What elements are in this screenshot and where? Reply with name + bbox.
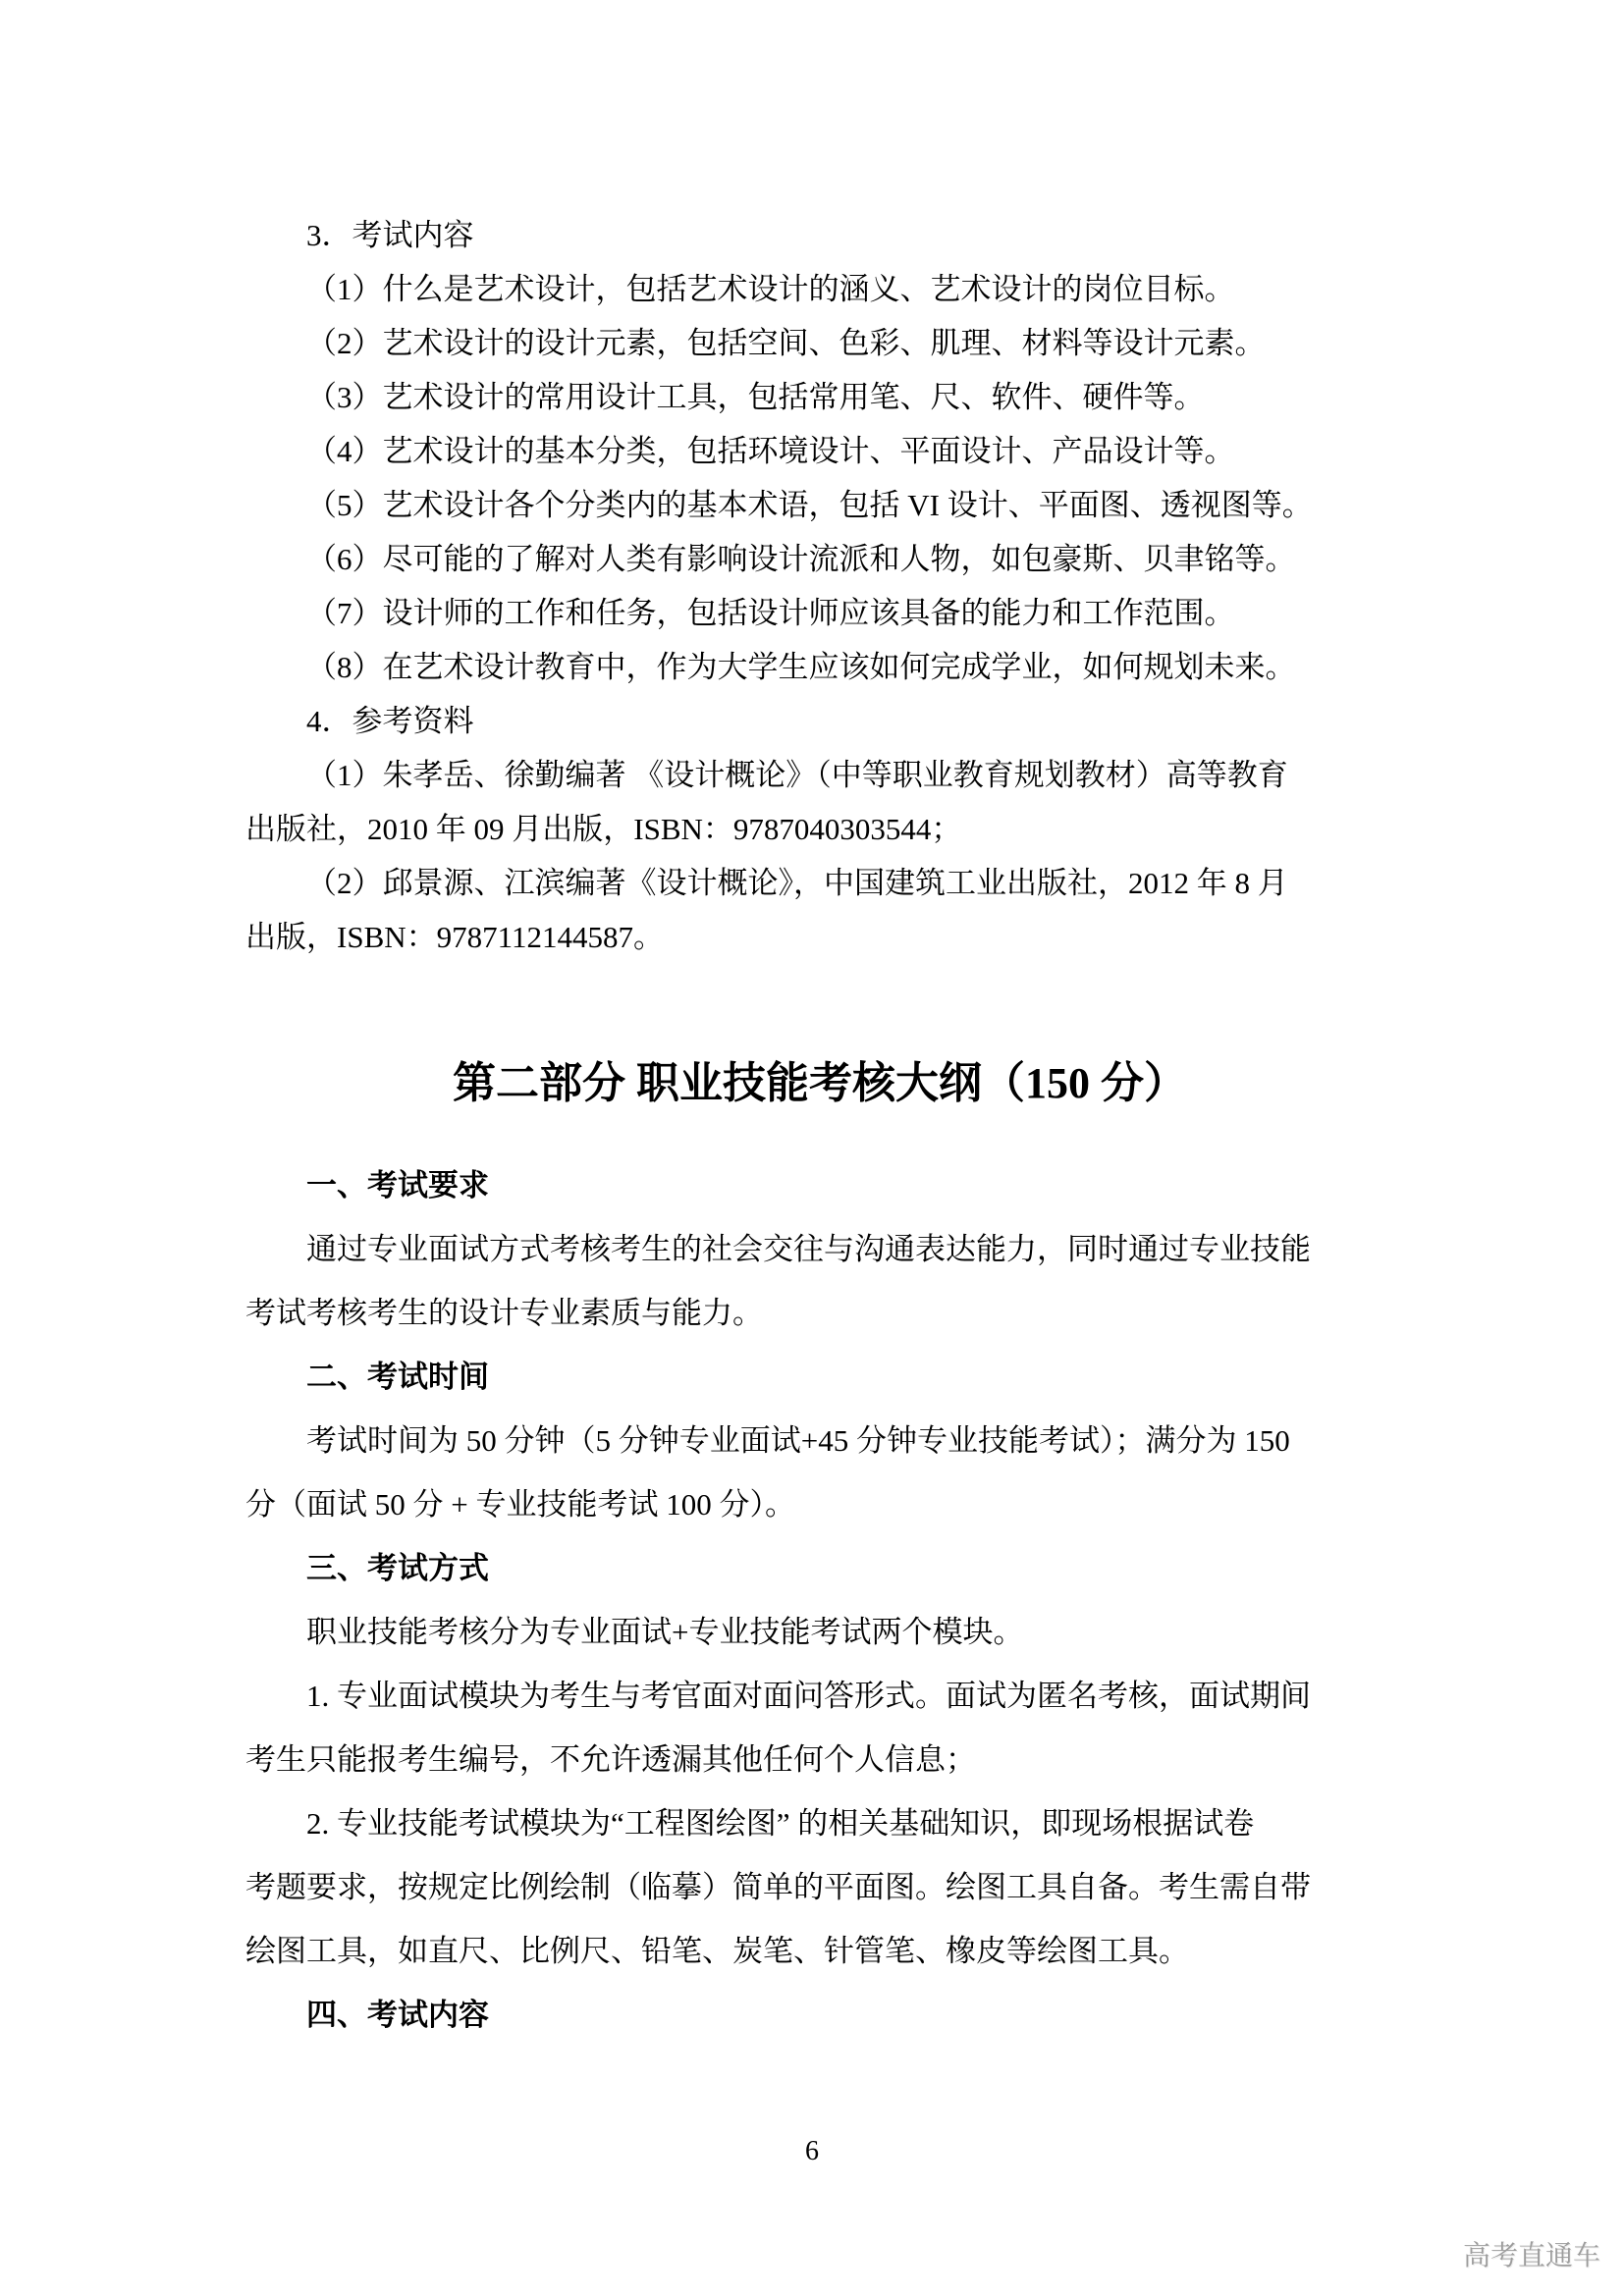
body-line: 考试时间为 50 分钟（5 分钟专业面试+45 分钟专业技能考试）；满分为 15… [245,1409,1394,1472]
exam-content-item: （3）艺术设计的常用设计工具，包括常用笔、尺、软件、硬件等。 [245,370,1394,424]
body-line: 考试考核考生的设计专业素质与能力。 [245,1281,1394,1345]
section4-heading: 4．参考资料 [245,694,1394,748]
section-heading-exam-time: 二、考试时间 [245,1345,1394,1409]
part2-title: 第二部分 职业技能考核大纲（150 分） [245,1056,1394,1111]
section-heading-exam-requirements: 一、考试要求 [245,1153,1394,1217]
exam-content-item: （5）艺术设计各个分类内的基本术语，包括 VI 设计、平面图、透视图等。 [245,478,1394,532]
exam-content-item: （1）什么是艺术设计，包括艺术设计的涵义、艺术设计的岗位目标。 [245,262,1394,316]
reference-line: 出版社，2010 年 09 月出版，ISBN：9787040303544； [245,802,1394,856]
body-line: 通过专业面试方式考核考生的社会交往与沟通表达能力，同时通过专业技能 [245,1217,1394,1281]
exam-content-item: （6）尽可能的了解对人类有影响设计流派和人物，如包豪斯、贝聿铭等。 [245,532,1394,586]
body-line: 2. 专业技能考试模块为“工程图绘图” 的相关基础知识，即现场根据试卷 [245,1791,1394,1855]
body-line: 绘图工具，如直尺、比例尺、铅笔、炭笔、针管笔、橡皮等绘图工具。 [245,1919,1394,1983]
section3-heading: 3．考试内容 [245,208,1394,262]
section-heading-exam-method: 三、考试方式 [245,1536,1394,1600]
reference-line: （2）邱景源、江滨编著《设计概论》，中国建筑工业出版社，2012 年 8 月 [245,856,1394,910]
part1-content: 3．考试内容 （1）什么是艺术设计，包括艺术设计的涵义、艺术设计的岗位目标。 （… [245,208,1394,964]
exam-content-item: （4）艺术设计的基本分类，包括环境设计、平面设计、产品设计等。 [245,424,1394,478]
watermark: 高考直通车 [1463,2240,1600,2271]
page-number: 6 [0,2136,1624,2167]
exam-content-item: （8）在艺术设计教育中，作为大学生应该如何完成学业，如何规划未来。 [245,640,1394,694]
reference-line: （1）朱孝岳、徐勤编著 《设计概论》（中等职业教育规划教材）高等教育 [245,748,1394,802]
section-heading-exam-content: 四、考试内容 [245,1983,1394,2047]
body-line: 1. 专业面试模块为考生与考官面对面问答形式。面试为匿名考核，面试期间 [245,1664,1394,1728]
body-line: 考题要求，按规定比例绘制（临摹）简单的平面图。绘图工具自备。考生需自带 [245,1855,1394,1919]
part2-content: 一、考试要求 通过专业面试方式考核考生的社会交往与沟通表达能力，同时通过专业技能… [245,1153,1394,2047]
document-page: 3．考试内容 （1）什么是艺术设计，包括艺术设计的涵义、艺术设计的岗位目标。 （… [0,0,1624,2296]
body-line: 分（面试 50 分 + 专业技能考试 100 分）。 [245,1472,1394,1536]
exam-content-item: （7）设计师的工作和任务，包括设计师应该具备的能力和工作范围。 [245,586,1394,640]
exam-content-item: （2）艺术设计的设计元素，包括空间、色彩、肌理、材料等设计元素。 [245,316,1394,370]
body-line: 职业技能考核分为专业面试+专业技能考试两个模块。 [245,1600,1394,1664]
body-line: 考生只能报考生编号，不允许透漏其他任何个人信息； [245,1728,1394,1791]
reference-line: 出版，ISBN：9787112144587。 [245,910,1394,964]
